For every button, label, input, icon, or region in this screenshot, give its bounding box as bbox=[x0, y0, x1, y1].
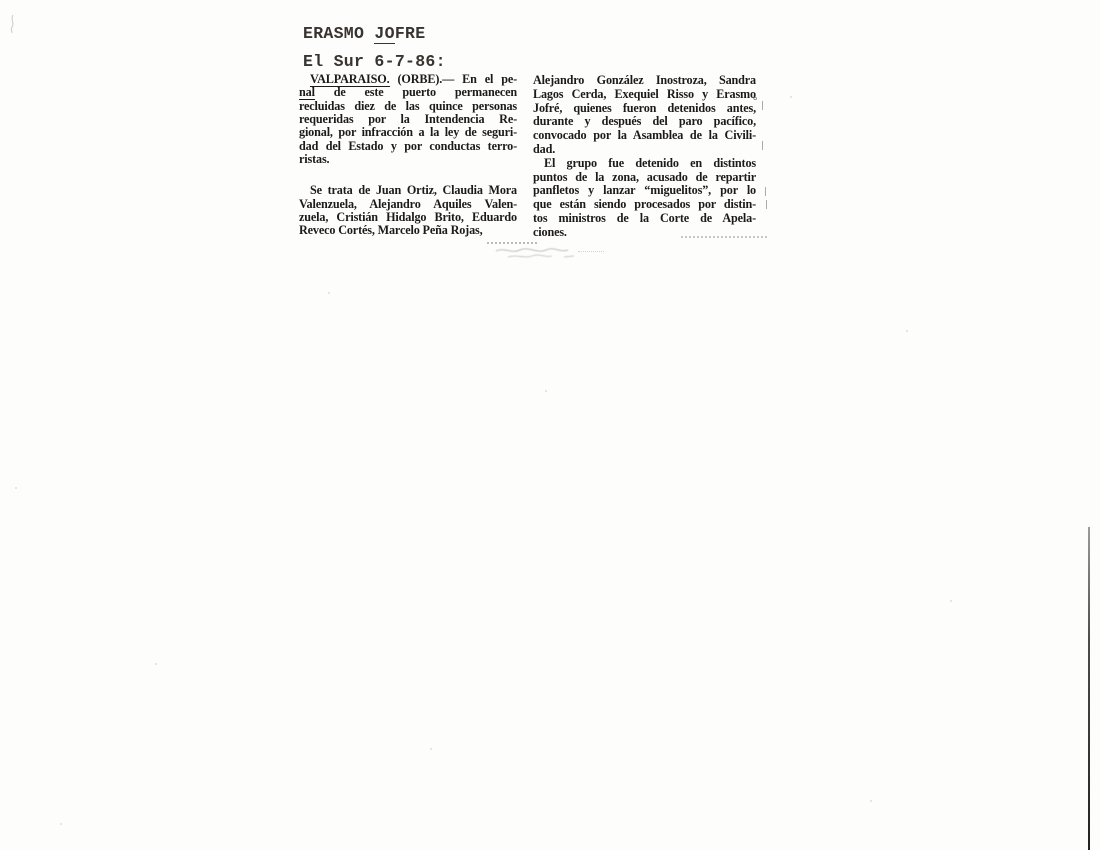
clipping-edge-tick bbox=[765, 187, 766, 196]
article-line: nal de este puerto permanecen bbox=[299, 86, 517, 99]
scan-speck bbox=[328, 292, 330, 294]
scan-smudge-scribble bbox=[494, 245, 580, 263]
scan-smudge-dashes bbox=[681, 236, 767, 238]
scan-speck bbox=[15, 487, 17, 489]
article-line: Lagos Cerda, Exequiel Risso y Erasmo bbox=[533, 88, 756, 102]
article-line: puntos de la zona, acusado de repartir bbox=[533, 171, 756, 185]
article-paragraph: El grupo fue detenido en distintospuntos… bbox=[533, 157, 756, 240]
article-line: convocado por la Asamblea de la Civili- bbox=[533, 129, 756, 143]
article-line: Reveco Cortés, Marcelo Peña Rojas, bbox=[299, 224, 517, 237]
article-line: gional, por infracción a la ley de segur… bbox=[299, 126, 517, 139]
article-line: durante y después del paro pacífico, bbox=[533, 115, 756, 129]
article-line: ristas. bbox=[299, 153, 517, 166]
article-line: panfletos y lanzar “miguelitos”, por lo bbox=[533, 184, 756, 198]
scan-smudge-dashes bbox=[487, 242, 537, 244]
scanned-document-page: ERASMO JOFRE El Sur 6-7-86: VALPARAISO. … bbox=[0, 0, 1100, 850]
scan-speck bbox=[545, 390, 547, 392]
clipping-edge-tick bbox=[762, 141, 763, 150]
article-line: VALPARAISO. (ORBE).— En el pe- bbox=[299, 73, 517, 86]
article-line: requeridas por la Intendencia Re- bbox=[299, 113, 517, 126]
clipping-edge-tick bbox=[766, 200, 767, 209]
clipping-edge-tick bbox=[762, 101, 763, 110]
article-line: zuela, Cristián Hidalgo Brito, Eduardo bbox=[299, 211, 517, 224]
article-line: tos ministros de la Corte de Apela- bbox=[533, 212, 756, 226]
scan-speck bbox=[870, 800, 872, 802]
article-paragraph: VALPARAISO. (ORBE).— En el pe-nal de est… bbox=[299, 73, 517, 166]
article-line: Se trata de Juan Ortiz, Claudia Mora bbox=[299, 184, 517, 197]
article-line: que están siendo procesados por distin- bbox=[533, 198, 756, 212]
typed-subject-name: ERASMO JOFRE bbox=[303, 24, 425, 43]
scan-speck bbox=[906, 330, 908, 332]
article-line: Alejandro González Inostroza, Sandra bbox=[533, 74, 756, 88]
scan-speck bbox=[60, 823, 62, 825]
typed-source-citation: El Sur 6-7-86: bbox=[303, 52, 446, 71]
article-line: Jofré, quienes fueron detenidos antes, bbox=[533, 102, 756, 116]
scan-smudge-dashes bbox=[578, 251, 604, 252]
scan-edge-vertical-line bbox=[1088, 527, 1090, 850]
scan-speck bbox=[430, 748, 432, 750]
corner-pencil-mark bbox=[6, 13, 20, 35]
article-line: dad del Estado y por conductas terro- bbox=[299, 140, 517, 153]
article-line: dad. bbox=[533, 143, 756, 157]
scan-speck bbox=[950, 600, 952, 602]
article-paragraph: Alejandro González Inostroza, SandraLago… bbox=[533, 74, 756, 157]
clipping-column-right: Alejandro González Inostroza, SandraLago… bbox=[533, 74, 756, 240]
article-line: El grupo fue detenido en distintos bbox=[533, 157, 756, 171]
stray-degree-mark: ° bbox=[753, 95, 757, 107]
scan-speck bbox=[790, 96, 792, 98]
scan-speck bbox=[155, 663, 157, 665]
clipping-column-left: VALPARAISO. (ORBE).— En el pe-nal de est… bbox=[299, 73, 517, 238]
article-paragraph: Se trata de Juan Ortiz, Claudia MoraVale… bbox=[299, 184, 517, 237]
article-line: recluidas diez de las quince personas bbox=[299, 100, 517, 113]
article-line: Valenzuela, Alejandro Aquiles Valen- bbox=[299, 198, 517, 211]
